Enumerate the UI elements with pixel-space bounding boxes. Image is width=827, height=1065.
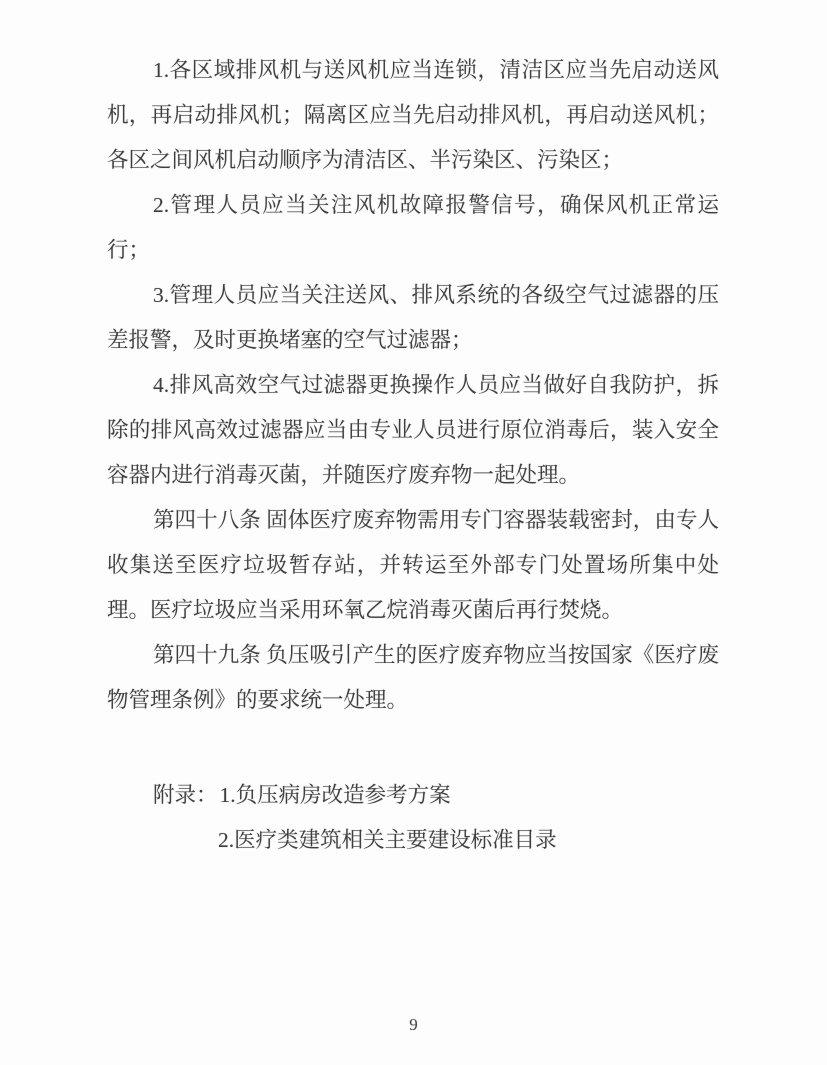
appendix-item-1: 1.负压病房改造参考方案	[220, 783, 451, 807]
paragraph-item-2: 2.管理人员应当关注风机故障报警信号，确保风机正常运行；	[107, 183, 719, 273]
appendix-block: 附录：1.负压病房改造参考方案 2.医疗类建筑相关主要建设标准目录	[107, 773, 719, 863]
document-page: 1.各区域排风机与送风机应当连锁，清洁区应当先启动送风机，再启动排风机；隔离区应…	[0, 0, 827, 1065]
paragraph-item-1: 1.各区域排风机与送风机应当连锁，清洁区应当先启动送风机，再启动排风机；隔离区应…	[107, 48, 719, 183]
appendix-line-1: 附录：1.负压病房改造参考方案	[107, 773, 719, 818]
paragraph-item-4: 4.排风高效空气过滤器更换操作人员应当做好自我防护，拆除的排风高效过滤器应当由专…	[107, 363, 719, 498]
paragraph-item-3: 3.管理人员应当关注送风、排风系统的各级空气过滤器的压差报警，及时更换堵塞的空气…	[107, 273, 719, 363]
document-body: 1.各区域排风机与送风机应当连锁，清洁区应当先启动送风机，再启动排风机；隔离区应…	[107, 0, 719, 863]
paragraph-article-49: 第四十九条 负压吸引产生的医疗废弃物应当按国家《医疗废物管理条例》的要求统一处理…	[107, 633, 719, 723]
page-number: 9	[0, 1014, 827, 1036]
appendix-label: 附录：	[153, 783, 218, 807]
paragraph-article-48: 第四十八条 固体医疗废弃物需用专门容器装载密封，由专人收集送至医疗垃圾暂存站，并…	[107, 498, 719, 633]
appendix-item-2: 2.医疗类建筑相关主要建设标准目录	[107, 818, 719, 863]
